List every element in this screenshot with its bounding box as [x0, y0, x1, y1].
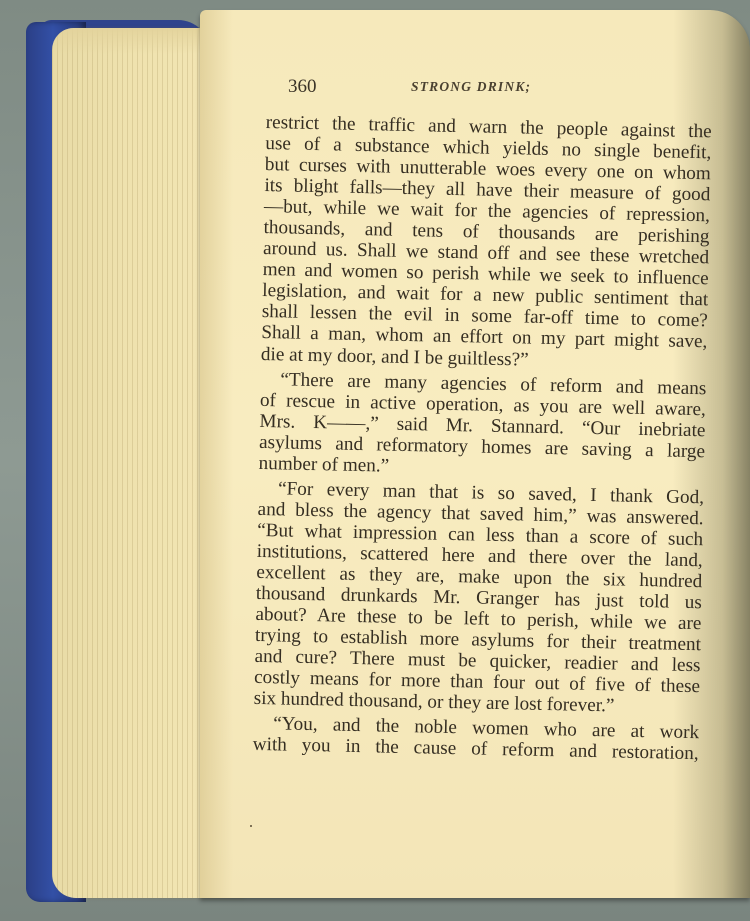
running-head: STRONG DRINK;: [411, 79, 531, 95]
page-header: 360 STRONG DRINK;: [288, 76, 708, 100]
ink-speck: [250, 825, 252, 827]
page-body-text: restrict the traffic and warn the people…: [253, 112, 712, 765]
page-number: 360: [288, 76, 317, 98]
